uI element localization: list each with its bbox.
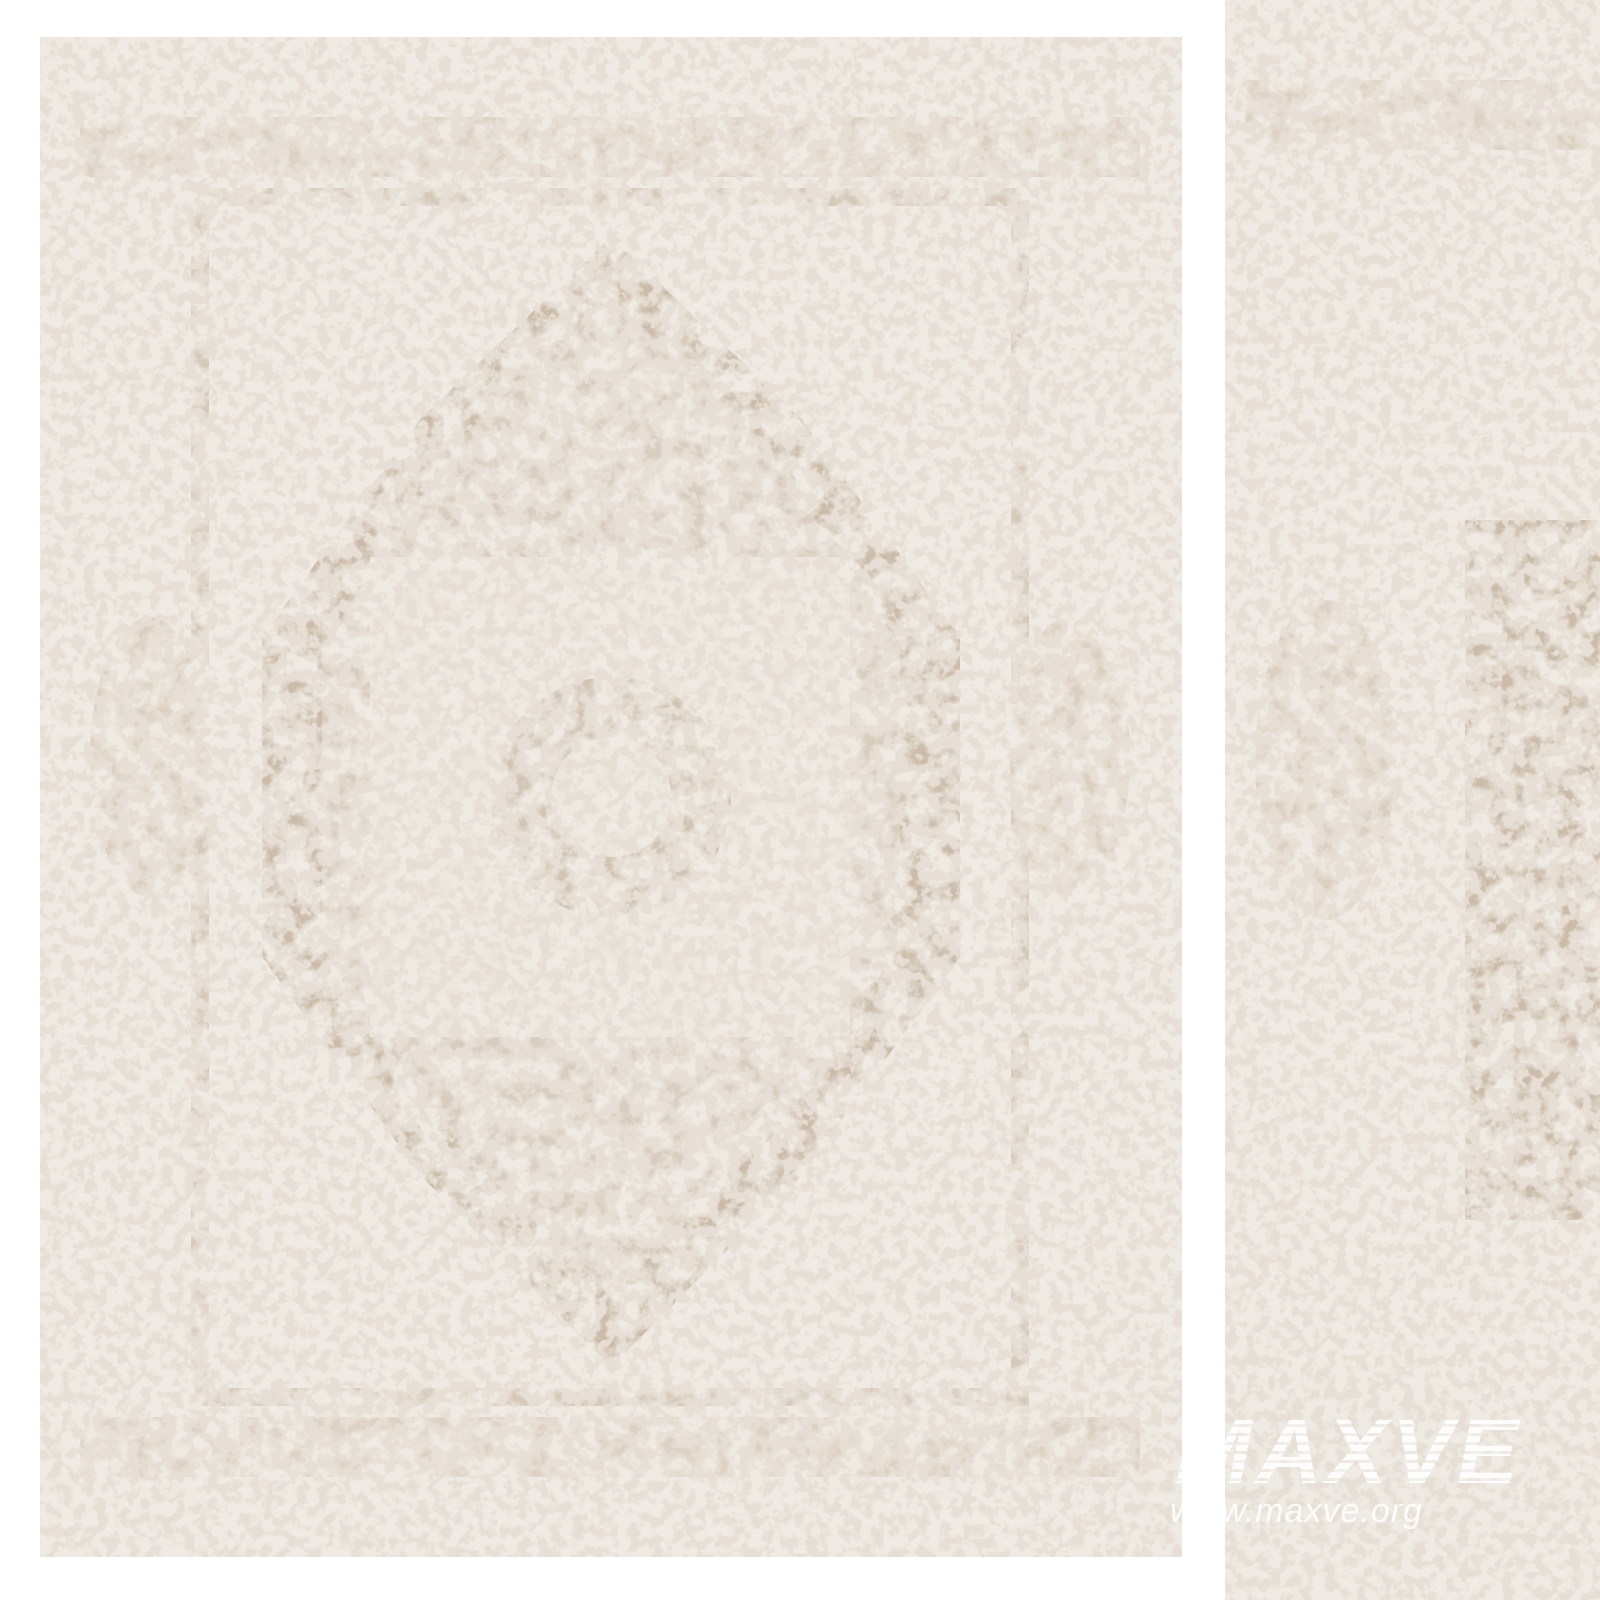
main-rug <box>40 37 1182 1557</box>
rug-pattern <box>40 37 1182 1557</box>
rug-pattern <box>1225 0 1600 1600</box>
side-rug <box>1225 0 1600 1600</box>
